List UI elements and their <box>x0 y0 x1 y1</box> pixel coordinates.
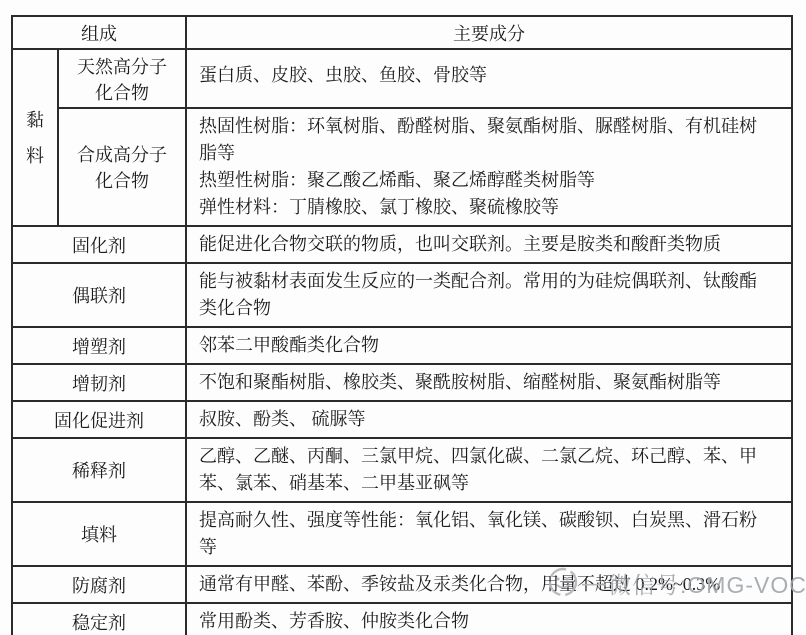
row-content: 不饱和聚酯树脂、橡胶类、聚酰胺树脂、缩醛树脂、聚氨酯树脂等 <box>186 364 792 401</box>
content-line: 蛋白质、皮胶、虫胶、鱼胶、骨胶等 <box>199 62 761 89</box>
row-plasticizer: 增塑剂 邻苯二甲酸酯类化合物 <box>12 327 792 364</box>
watermark-dash: — <box>582 570 606 598</box>
row-label: 增韧剂 <box>12 364 186 401</box>
row-label: 偶联剂 <box>12 263 186 327</box>
page: 组成 主要成分 黏料 天然高分子 化合物 蛋白质、皮胶、虫胶、鱼胶、骨胶等 <box>0 0 806 635</box>
category-line: 化合物 <box>63 79 181 105</box>
row-label: 固化促进剂 <box>12 401 186 438</box>
natural-polymer-content: 蛋白质、皮胶、虫胶、鱼胶、骨胶等 <box>186 49 792 108</box>
row-coupling-agent: 偶联剂 能与被黏材表面发生反应的一类配合剂。常用的为硅烷偶联剂、钛酸酯类化合物 <box>12 263 792 327</box>
row-label: 稳定剂 <box>12 603 186 635</box>
category-line: 天然高分子 <box>63 53 181 79</box>
row-toughener: 增韧剂 不饱和聚酯树脂、橡胶类、聚酰胺树脂、缩醛树脂、聚氨酯树脂等 <box>12 364 792 401</box>
row-content: 能与被黏材表面发生反应的一类配合剂。常用的为硅烷偶联剂、钛酸酯类化合物 <box>186 263 792 327</box>
row-content: 邻苯二甲酸酯类化合物 <box>186 327 792 364</box>
watermark: — 微信号:OMG-VOCs <box>546 564 806 603</box>
adhesive-components-table: 组成 主要成分 黏料 天然高分子 化合物 蛋白质、皮胶、虫胶、鱼胶、骨胶等 <box>11 15 793 635</box>
binder-label: 黏料 <box>25 102 46 174</box>
category-line: 合成高分子 <box>63 141 181 167</box>
content-line: 热塑性树脂：聚乙酸乙烯酯、聚乙烯醇醛类树脂等 <box>199 167 761 194</box>
header-row: 组成 主要成分 <box>12 16 792 49</box>
row-content: 提高耐久性、强度等性能：氧化铝、氧化镁、碳酸钡、白炭黑、滑石粉等 <box>186 502 792 566</box>
header-main-components: 主要成分 <box>186 16 792 49</box>
row-cure-accelerator: 固化促进剂 叔胺、酚类、 硫脲等 <box>12 401 792 438</box>
row-diluent: 稀释剂 乙醇、乙醚、丙酮、三氯甲烷、四氯化碳、二氯乙烷、环己醇、苯、甲苯、氯苯、… <box>12 438 792 502</box>
content-line: 弹性材料：丁腈橡胶、氯丁橡胶、聚硫橡胶等 <box>199 194 761 221</box>
category-line: 化合物 <box>63 167 181 193</box>
natural-polymer-category: 天然高分子 化合物 <box>58 49 186 108</box>
row-content: 叔胺、酚类、 硫脲等 <box>186 401 792 438</box>
watermark-text: 微信号:OMG-VOCs <box>608 567 806 600</box>
binder-label-cell: 黏料 <box>12 49 58 226</box>
row-content: 常用酚类、芳香胺、仲胺类化合物 <box>186 603 792 635</box>
row-hardener: 固化剂 能促进化合物交联的物质，也叫交联剂。主要是胺类和酸酐类物质 <box>12 226 792 263</box>
row-synthetic-polymer: 合成高分子 化合物 热固性树脂：环氧树脂、酚醛树脂、聚氨酯树脂、脲醛树脂、有机硅… <box>12 108 792 226</box>
row-label: 固化剂 <box>12 226 186 263</box>
row-label: 稀释剂 <box>12 438 186 502</box>
row-content: 能促进化合物交联的物质，也叫交联剂。主要是胺类和酸酐类物质 <box>186 226 792 263</box>
row-content: 乙醇、乙醚、丙酮、三氯甲烷、四氯化碳、二氯乙烷、环己醇、苯、甲苯、氯苯、硝基苯、… <box>186 438 792 502</box>
row-label: 防腐剂 <box>12 566 186 603</box>
header-composition: 组成 <box>12 16 186 49</box>
row-stabilizer: 稳定剂 常用酚类、芳香胺、仲胺类化合物 <box>12 603 792 635</box>
synthetic-polymer-category: 合成高分子 化合物 <box>58 108 186 226</box>
synthetic-polymer-content: 热固性树脂：环氧树脂、酚醛树脂、聚氨酯树脂、脲醛树脂、有机硅树脂等 热塑性树脂：… <box>186 108 792 226</box>
row-filler: 填料 提高耐久性、强度等性能：氧化铝、氧化镁、碳酸钡、白炭黑、滑石粉等 <box>12 502 792 566</box>
row-natural-polymer: 黏料 天然高分子 化合物 蛋白质、皮胶、虫胶、鱼胶、骨胶等 <box>12 49 792 108</box>
content-line: 热固性树脂：环氧树脂、酚醛树脂、聚氨酯树脂、脲醛树脂、有机硅树脂等 <box>199 113 761 167</box>
smiley-face-icon <box>546 564 580 603</box>
row-label: 填料 <box>12 502 186 566</box>
row-label: 增塑剂 <box>12 327 186 364</box>
